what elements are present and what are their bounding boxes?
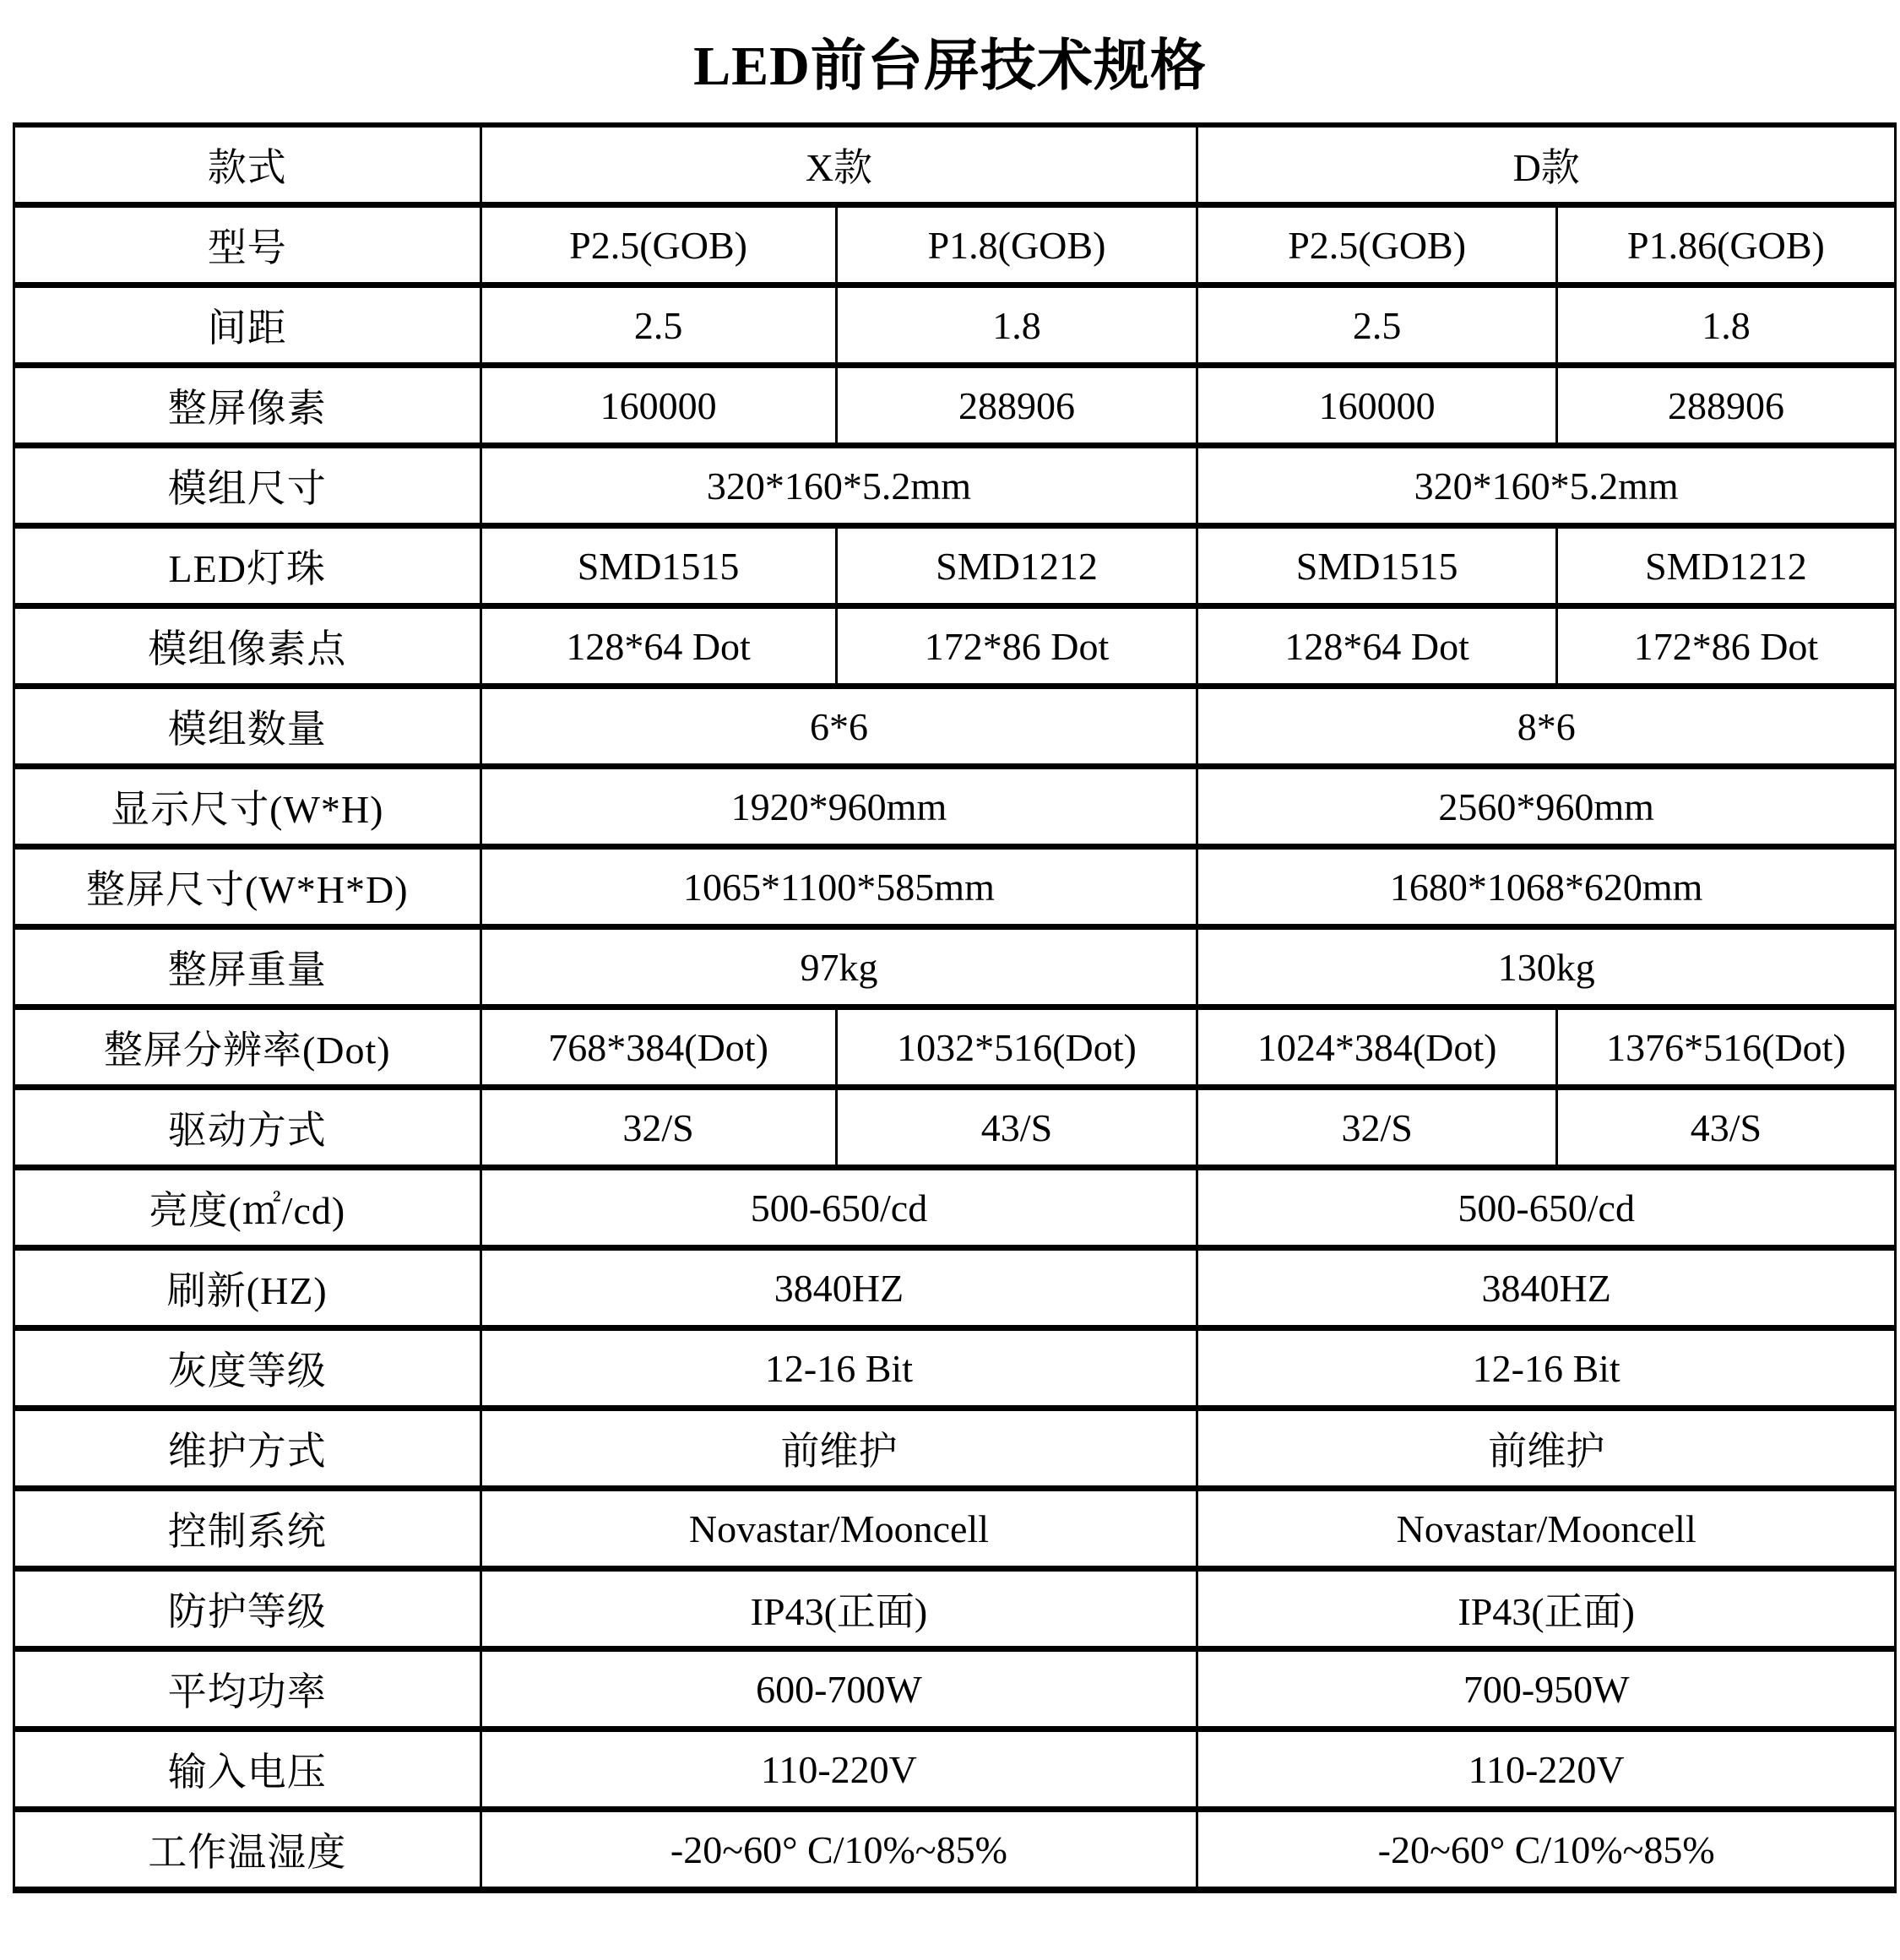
cell-value: 500-650/cd	[480, 1168, 1197, 1248]
table-row: 模组像素点128*64 Dot172*86 Dot128*64 Dot172*8…	[14, 606, 1896, 687]
row-label: 控制系统	[14, 1489, 481, 1569]
row-label: 亮度(㎡/cd)	[14, 1168, 481, 1248]
row-label: 驱动方式	[14, 1088, 481, 1168]
cell-value: P2.5(GOB)	[1197, 205, 1557, 285]
cell-value: -20~60° C/10%~85%	[480, 1810, 1197, 1891]
cell-value: -20~60° C/10%~85%	[1197, 1810, 1896, 1891]
cell-value: 2560*960mm	[1197, 767, 1896, 847]
cell-value: 2.5	[1197, 285, 1557, 366]
table-row: 工作温湿度-20~60° C/10%~85%-20~60° C/10%~85%	[14, 1810, 1896, 1891]
table-row: LED灯珠SMD1515SMD1212SMD1515SMD1212	[14, 526, 1896, 606]
row-label: 维护方式	[14, 1409, 481, 1489]
table-row: 款式X款D款	[14, 125, 1896, 205]
row-label: LED灯珠	[14, 526, 481, 606]
table-row: 输入电压110-220V110-220V	[14, 1729, 1896, 1810]
table-row: 整屏像素160000288906160000288906	[14, 366, 1896, 446]
table-row: 整屏重量97kg130kg	[14, 927, 1896, 1007]
row-label: 平均功率	[14, 1649, 481, 1729]
table-row: 显示尺寸(W*H)1920*960mm2560*960mm	[14, 767, 1896, 847]
table-row: 灰度等级12-16 Bit12-16 Bit	[14, 1328, 1896, 1409]
row-label: 显示尺寸(W*H)	[14, 767, 481, 847]
cell-value: 前维护	[1197, 1409, 1896, 1489]
cell-value: 12-16 Bit	[1197, 1328, 1896, 1409]
cell-value: 6*6	[480, 687, 1197, 767]
table-row: 亮度(㎡/cd)500-650/cd500-650/cd	[14, 1168, 1896, 1248]
cell-value: 3840HZ	[480, 1248, 1197, 1328]
row-label: 工作温湿度	[14, 1810, 481, 1891]
table-row: 整屏分辨率(Dot)768*384(Dot)1032*516(Dot)1024*…	[14, 1007, 1896, 1088]
cell-value: 1.8	[836, 285, 1197, 366]
table-row: 平均功率600-700W700-950W	[14, 1649, 1896, 1729]
cell-value: 128*64 Dot	[1197, 606, 1557, 687]
cell-value: 1065*1100*585mm	[480, 847, 1197, 927]
cell-value: 128*64 Dot	[480, 606, 836, 687]
cell-value: 3840HZ	[1197, 1248, 1896, 1328]
row-label: 整屏重量	[14, 927, 481, 1007]
cell-value: 500-650/cd	[1197, 1168, 1896, 1248]
cell-value: 1376*516(Dot)	[1556, 1007, 1895, 1088]
table-row: 间距2.51.82.51.8	[14, 285, 1896, 366]
cell-value: 172*86 Dot	[1556, 606, 1895, 687]
table-row: 整屏尺寸(W*H*D)1065*1100*585mm1680*1068*620m…	[14, 847, 1896, 927]
table-row: 控制系统Novastar/MooncellNovastar/Mooncell	[14, 1489, 1896, 1569]
cell-value: 160000	[1197, 366, 1557, 446]
cell-value: 172*86 Dot	[836, 606, 1197, 687]
cell-value: 288906	[836, 366, 1197, 446]
cell-value: SMD1515	[480, 526, 836, 606]
cell-value: IP43(正面)	[1197, 1569, 1896, 1649]
cell-value: 43/S	[836, 1088, 1197, 1168]
cell-value: X款	[480, 125, 1197, 205]
row-label: 型号	[14, 205, 481, 285]
cell-value: 前维护	[480, 1409, 1197, 1489]
cell-value: 288906	[1556, 366, 1895, 446]
cell-value: 8*6	[1197, 687, 1896, 767]
cell-value: 97kg	[480, 927, 1197, 1007]
cell-value: IP43(正面)	[480, 1569, 1197, 1649]
cell-value: D款	[1197, 125, 1896, 205]
row-label: 模组数量	[14, 687, 481, 767]
row-label: 防护等级	[14, 1569, 481, 1649]
cell-value: Novastar/Mooncell	[1197, 1489, 1896, 1569]
row-label: 刷新(HZ)	[14, 1248, 481, 1328]
cell-value: SMD1212	[1556, 526, 1895, 606]
row-label: 灰度等级	[14, 1328, 481, 1409]
cell-value: 320*160*5.2mm	[1197, 446, 1896, 526]
cell-value: P1.8(GOB)	[836, 205, 1197, 285]
cell-value: P2.5(GOB)	[480, 205, 836, 285]
row-label: 整屏像素	[14, 366, 481, 446]
cell-value: 1680*1068*620mm	[1197, 847, 1896, 927]
cell-value: SMD1515	[1197, 526, 1557, 606]
spec-table: 款式X款D款型号P2.5(GOB)P1.8(GOB)P2.5(GOB)P1.86…	[13, 122, 1897, 1893]
cell-value: 320*160*5.2mm	[480, 446, 1197, 526]
row-label: 间距	[14, 285, 481, 366]
cell-value: 2.5	[480, 285, 836, 366]
cell-value: 1.8	[1556, 285, 1895, 366]
row-label: 整屏尺寸(W*H*D)	[14, 847, 481, 927]
cell-value: 43/S	[1556, 1088, 1895, 1168]
cell-value: 160000	[480, 366, 836, 446]
cell-value: 768*384(Dot)	[480, 1007, 836, 1088]
row-label: 模组尺寸	[14, 446, 481, 526]
table-row: 刷新(HZ)3840HZ3840HZ	[14, 1248, 1896, 1328]
cell-value: 1920*960mm	[480, 767, 1197, 847]
cell-value: 110-220V	[1197, 1729, 1896, 1810]
cell-value: 130kg	[1197, 927, 1896, 1007]
cell-value: 12-16 Bit	[480, 1328, 1197, 1409]
table-row: 防护等级IP43(正面)IP43(正面)	[14, 1569, 1896, 1649]
table-row: 维护方式前维护前维护	[14, 1409, 1896, 1489]
row-label: 模组像素点	[14, 606, 481, 687]
table-row: 驱动方式32/S43/S32/S43/S	[14, 1088, 1896, 1168]
cell-value: SMD1212	[836, 526, 1197, 606]
page-title: LED前台屏技术规格	[0, 20, 1900, 100]
cell-value: Novastar/Mooncell	[480, 1489, 1197, 1569]
cell-value: 1024*384(Dot)	[1197, 1007, 1557, 1088]
row-label: 输入电压	[14, 1729, 481, 1810]
cell-value: 700-950W	[1197, 1649, 1896, 1729]
cell-value: 110-220V	[480, 1729, 1197, 1810]
cell-value: 600-700W	[480, 1649, 1197, 1729]
cell-value: P1.86(GOB)	[1556, 205, 1895, 285]
cell-value: 32/S	[480, 1088, 836, 1168]
table-row: 模组尺寸320*160*5.2mm320*160*5.2mm	[14, 446, 1896, 526]
table-row: 型号P2.5(GOB)P1.8(GOB)P2.5(GOB)P1.86(GOB)	[14, 205, 1896, 285]
spec-table-body: 款式X款D款型号P2.5(GOB)P1.8(GOB)P2.5(GOB)P1.86…	[14, 125, 1896, 1890]
cell-value: 32/S	[1197, 1088, 1557, 1168]
cell-value: 1032*516(Dot)	[836, 1007, 1197, 1088]
row-label: 整屏分辨率(Dot)	[14, 1007, 481, 1088]
row-label: 款式	[14, 125, 481, 205]
table-row: 模组数量6*68*6	[14, 687, 1896, 767]
